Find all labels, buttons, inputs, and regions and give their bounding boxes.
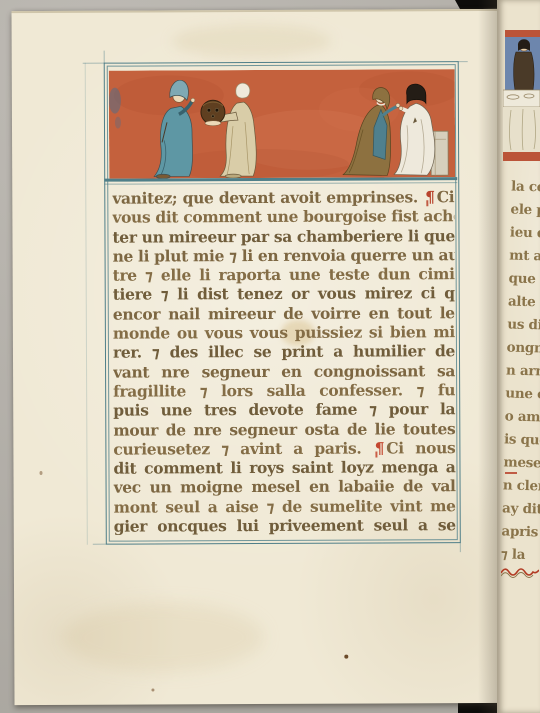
manuscript-page: vanitez; que devant avoit emprinses. ¶Ci… <box>11 9 508 705</box>
ruling-extension <box>104 51 105 64</box>
manuscript-text-line: fragillite ⁊ lors salla confesser. ⁊ fu <box>113 380 455 401</box>
facing-text-fragment: ele pr <box>510 199 540 223</box>
manuscript-text-line: mour de nre segneur osta de lie toutes <box>113 419 455 440</box>
facing-text-fragment: o amo <box>504 405 540 429</box>
facing-page-miniature <box>503 30 540 168</box>
manuscript-text-line: dit comment li roys saint loyz menga a <box>113 457 455 478</box>
ruling-extension <box>83 63 105 64</box>
facing-text-fragment: ongnu <box>506 336 540 360</box>
rubric-pilcrow: ¶ <box>423 187 437 206</box>
manuscript-photograph: vanitez; que devant avoit emprinses. ¶Ci… <box>0 0 540 713</box>
ruling-extension <box>460 542 461 552</box>
facing-text-fragment: ay dit <box>502 497 540 521</box>
facing-miniature-painting <box>503 30 540 168</box>
text-block: vanitez; que devant avoit emprinses. ¶Ci… <box>112 187 456 536</box>
miniature-painting <box>109 69 455 179</box>
facing-text-fragment: is que <box>504 428 540 452</box>
manuscript-text-line: monde ou vous vous puissiez si bien mi <box>113 322 455 343</box>
parchment-stain <box>172 24 332 59</box>
manuscript-text-line: gier oncques lui priveement seul a se <box>114 515 456 536</box>
facing-page-text: la cestuele prieu demt anque malte hus d… <box>501 176 540 568</box>
manuscript-text-line: vant nre segneur en congnoissant sa <box>113 361 455 382</box>
manuscript-text-line: puis une tres devote fame ⁊ pour la <box>113 399 455 420</box>
facing-text-fragment: n arm <box>506 359 540 383</box>
ink-speck <box>151 688 154 691</box>
manuscript-text-line: tiere ⁊ li dist tenez or vous mirez ci q <box>113 284 455 305</box>
manuscript-text-line: ter un mireeur par sa chamberiere li que… <box>112 226 454 247</box>
table-with-dishes <box>503 90 540 107</box>
facing-text-fragment: mt an <box>509 244 540 268</box>
ink-speck <box>39 471 42 475</box>
manuscript-text-line: encor nail mireeur de voirre en tout le <box>113 303 455 324</box>
manuscript-text-line: rer. ⁊ des illec se print a humilier de <box>113 342 455 363</box>
rubric-wave-flourish <box>501 564 539 578</box>
facing-text-fragment: une cu <box>505 382 540 406</box>
rubric-pilcrow: ¶ <box>373 438 387 457</box>
facing-text-fragment: ieu de <box>510 221 540 245</box>
manuscript-text-line: tre ⁊ elle li raporta une teste dun cimi <box>113 264 455 285</box>
facing-page: la cestuele prieu demt anque malte hus d… <box>497 0 540 713</box>
facing-text-fragment: que m <box>508 267 540 291</box>
manuscript-text-line: vec un moigne mesel en labaiie de val <box>114 477 456 498</box>
facing-text-fragment: us dit <box>507 313 540 337</box>
manuscript-text-line: mont seul a aise ⁊ de sumelite vint me <box>114 496 456 517</box>
manuscript-text-line: curieusetez ⁊ avint a paris. ¶Ci nous <box>113 438 455 459</box>
parchment-stain <box>64 602 264 673</box>
ink-speck <box>344 655 348 659</box>
facing-text-fragment: n cler <box>502 474 540 498</box>
manuscript-text-line: vous dit comment une bourgoise fist ache <box>112 206 454 227</box>
miniature <box>109 69 455 179</box>
manuscript-text-line: ne li plut mie ⁊ li en renvoia querre un… <box>113 245 455 266</box>
ruling-extension <box>93 543 107 544</box>
facing-text-fragment: apris <box>501 520 540 544</box>
facing-text-fragment: alte h <box>508 290 540 314</box>
manuscript-text-line: vanitez; que devant avoit emprinses. ¶Ci <box>112 187 454 208</box>
facing-rubric-dash <box>505 472 517 474</box>
facing-text-fragment: la cestu <box>511 176 540 200</box>
ruling-extension <box>458 61 468 62</box>
ruling-extension <box>85 63 88 545</box>
